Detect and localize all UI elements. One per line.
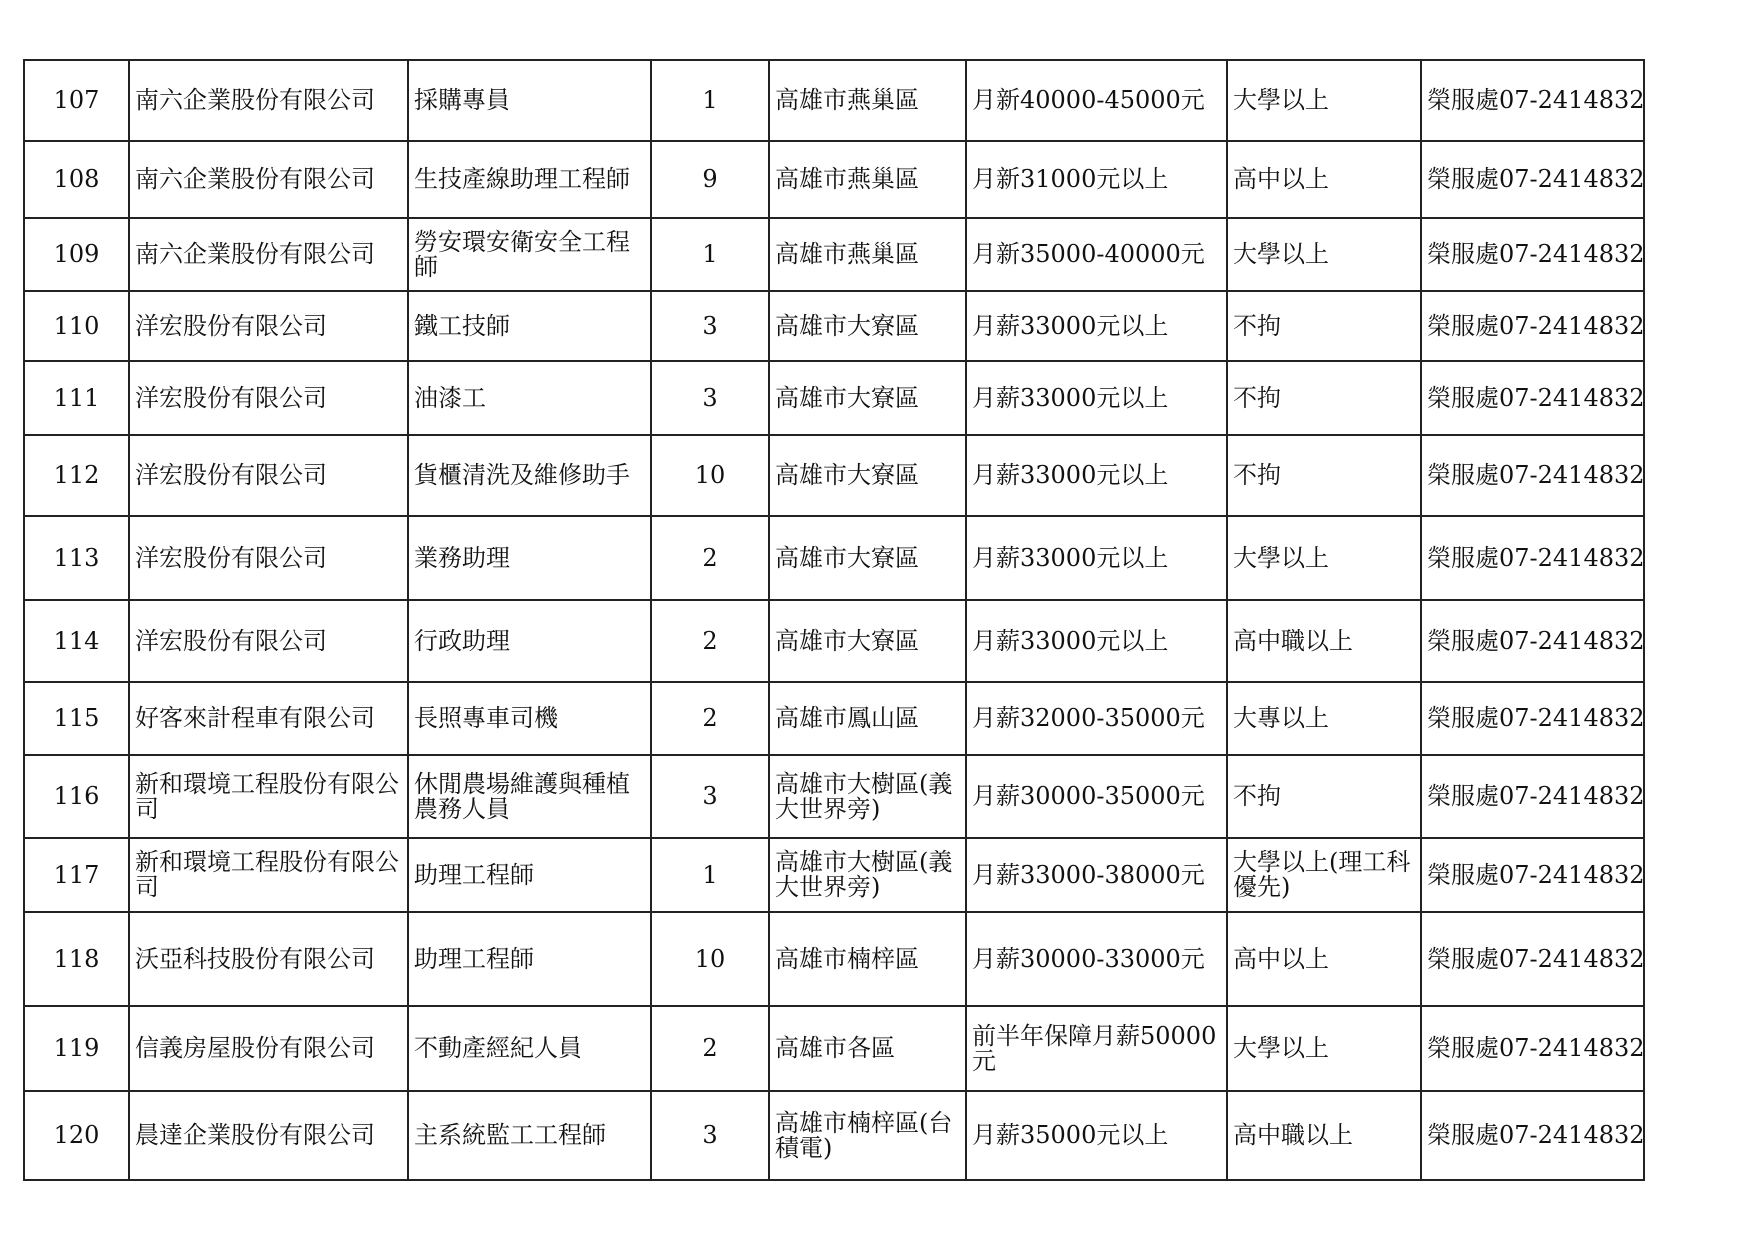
row-number: 120	[24, 1091, 129, 1180]
salary: 月薪33000-38000元	[966, 838, 1227, 912]
education-requirement: 不拘	[1227, 361, 1421, 435]
job-title: 貨櫃清洗及維修助手	[408, 435, 651, 516]
job-title: 採購專員	[408, 60, 651, 141]
table-row: 110洋宏股份有限公司鐵工技師3高雄市大寮區月薪33000元以上不拘榮服處07-…	[24, 291, 1644, 361]
row-number: 116	[24, 755, 129, 838]
contact-info: 榮服處07-2414832	[1421, 755, 1644, 838]
contact-info: 榮服處07-2414832	[1421, 600, 1644, 682]
row-number: 108	[24, 141, 129, 218]
row-number: 111	[24, 361, 129, 435]
company-name: 沃亞科技股份有限公司	[129, 912, 408, 1006]
work-location: 高雄市鳳山區	[769, 682, 966, 755]
work-location: 高雄市大寮區	[769, 291, 966, 361]
row-number: 114	[24, 600, 129, 682]
openings-count: 3	[651, 755, 769, 838]
salary: 月薪33000元以上	[966, 435, 1227, 516]
contact-info: 榮服處07-2414832	[1421, 1006, 1644, 1091]
education-requirement: 大學以上	[1227, 1006, 1421, 1091]
work-location: 高雄市楠梓區	[769, 912, 966, 1006]
openings-count: 1	[651, 60, 769, 141]
table-row: 119信義房屋股份有限公司不動產經紀人員2高雄市各區前半年保障月薪50000元大…	[24, 1006, 1644, 1091]
company-name: 南六企業股份有限公司	[129, 60, 408, 141]
work-location: 高雄市大樹區(義大世界旁)	[769, 838, 966, 912]
row-number: 119	[24, 1006, 129, 1091]
contact-info: 榮服處07-2414832	[1421, 1091, 1644, 1180]
row-number: 107	[24, 60, 129, 141]
contact-info: 榮服處07-2414832	[1421, 912, 1644, 1006]
company-name: 洋宏股份有限公司	[129, 361, 408, 435]
salary: 月薪33000元以上	[966, 291, 1227, 361]
job-listings-table: 107南六企業股份有限公司採購專員1高雄市燕巢區月新40000-45000元大學…	[23, 59, 1645, 1181]
education-requirement: 高中以上	[1227, 141, 1421, 218]
job-title: 生技產線助理工程師	[408, 141, 651, 218]
education-requirement: 大學以上	[1227, 60, 1421, 141]
education-requirement: 大學以上(理工科優先)	[1227, 838, 1421, 912]
education-requirement: 不拘	[1227, 435, 1421, 516]
job-title: 助理工程師	[408, 912, 651, 1006]
company-name: 好客來計程車有限公司	[129, 682, 408, 755]
table-row: 120晨達企業股份有限公司主系統監工工程師3高雄市楠梓區(台積電)月薪35000…	[24, 1091, 1644, 1180]
job-title: 鐵工技師	[408, 291, 651, 361]
salary: 前半年保障月薪50000元	[966, 1006, 1227, 1091]
education-requirement: 不拘	[1227, 291, 1421, 361]
contact-info: 榮服處07-2414832	[1421, 435, 1644, 516]
openings-count: 1	[651, 838, 769, 912]
work-location: 高雄市大寮區	[769, 361, 966, 435]
openings-count: 10	[651, 912, 769, 1006]
education-requirement: 大專以上	[1227, 682, 1421, 755]
salary: 月薪33000元以上	[966, 600, 1227, 682]
work-location: 高雄市大樹區(義大世界旁)	[769, 755, 966, 838]
table-row: 117新和環境工程股份有限公司助理工程師1高雄市大樹區(義大世界旁)月薪3300…	[24, 838, 1644, 912]
contact-info: 榮服處07-2414832	[1421, 141, 1644, 218]
row-number: 117	[24, 838, 129, 912]
company-name: 新和環境工程股份有限公司	[129, 838, 408, 912]
job-title: 業務助理	[408, 516, 651, 600]
openings-count: 2	[651, 516, 769, 600]
company-name: 信義房屋股份有限公司	[129, 1006, 408, 1091]
contact-info: 榮服處07-2414832	[1421, 361, 1644, 435]
work-location: 高雄市燕巢區	[769, 218, 966, 291]
table-row: 115好客來計程車有限公司長照專車司機2高雄市鳳山區月薪32000-35000元…	[24, 682, 1644, 755]
openings-count: 2	[651, 682, 769, 755]
row-number: 109	[24, 218, 129, 291]
company-name: 洋宏股份有限公司	[129, 516, 408, 600]
salary: 月薪30000-35000元	[966, 755, 1227, 838]
contact-info: 榮服處07-2414832	[1421, 516, 1644, 600]
job-title: 行政助理	[408, 600, 651, 682]
work-location: 高雄市燕巢區	[769, 60, 966, 141]
work-location: 高雄市楠梓區(台積電)	[769, 1091, 966, 1180]
table-row: 114洋宏股份有限公司行政助理2高雄市大寮區月薪33000元以上高中職以上榮服處…	[24, 600, 1644, 682]
row-number: 110	[24, 291, 129, 361]
row-number: 112	[24, 435, 129, 516]
openings-count: 2	[651, 600, 769, 682]
company-name: 南六企業股份有限公司	[129, 218, 408, 291]
salary: 月薪33000元以上	[966, 516, 1227, 600]
row-number: 118	[24, 912, 129, 1006]
work-location: 高雄市大寮區	[769, 600, 966, 682]
openings-count: 9	[651, 141, 769, 218]
row-number: 115	[24, 682, 129, 755]
company-name: 洋宏股份有限公司	[129, 291, 408, 361]
table-row: 108南六企業股份有限公司生技產線助理工程師9高雄市燕巢區月新31000元以上高…	[24, 141, 1644, 218]
contact-info: 榮服處07-2414832	[1421, 291, 1644, 361]
openings-count: 2	[651, 1006, 769, 1091]
openings-count: 1	[651, 218, 769, 291]
contact-info: 榮服處07-2414832	[1421, 682, 1644, 755]
contact-info: 榮服處07-2414832	[1421, 60, 1644, 141]
salary: 月薪30000-33000元	[966, 912, 1227, 1006]
company-name: 洋宏股份有限公司	[129, 435, 408, 516]
salary: 月薪33000元以上	[966, 361, 1227, 435]
job-title: 助理工程師	[408, 838, 651, 912]
table-row: 107南六企業股份有限公司採購專員1高雄市燕巢區月新40000-45000元大學…	[24, 60, 1644, 141]
table-row: 112洋宏股份有限公司貨櫃清洗及維修助手10高雄市大寮區月薪33000元以上不拘…	[24, 435, 1644, 516]
work-location: 高雄市大寮區	[769, 516, 966, 600]
salary: 月新35000-40000元	[966, 218, 1227, 291]
contact-info: 榮服處07-2414832	[1421, 218, 1644, 291]
work-location: 高雄市大寮區	[769, 435, 966, 516]
education-requirement: 高中以上	[1227, 912, 1421, 1006]
openings-count: 3	[651, 291, 769, 361]
openings-count: 3	[651, 1091, 769, 1180]
job-title: 油漆工	[408, 361, 651, 435]
company-name: 南六企業股份有限公司	[129, 141, 408, 218]
job-title: 主系統監工工程師	[408, 1091, 651, 1180]
company-name: 晨達企業股份有限公司	[129, 1091, 408, 1180]
row-number: 113	[24, 516, 129, 600]
contact-info: 榮服處07-2414832	[1421, 838, 1644, 912]
table-row: 116新和環境工程股份有限公司休閒農場維護與種植農務人員3高雄市大樹區(義大世界…	[24, 755, 1644, 838]
job-title: 休閒農場維護與種植農務人員	[408, 755, 651, 838]
job-title: 長照專車司機	[408, 682, 651, 755]
salary: 月新40000-45000元	[966, 60, 1227, 141]
education-requirement: 大學以上	[1227, 516, 1421, 600]
table-row: 111洋宏股份有限公司油漆工3高雄市大寮區月薪33000元以上不拘榮服處07-2…	[24, 361, 1644, 435]
salary: 月新31000元以上	[966, 141, 1227, 218]
education-requirement: 高中職以上	[1227, 1091, 1421, 1180]
table-row: 109南六企業股份有限公司勞安環安衛安全工程師1高雄市燕巢區月新35000-40…	[24, 218, 1644, 291]
salary: 月薪32000-35000元	[966, 682, 1227, 755]
education-requirement: 大學以上	[1227, 218, 1421, 291]
job-title: 勞安環安衛安全工程師	[408, 218, 651, 291]
company-name: 新和環境工程股份有限公司	[129, 755, 408, 838]
table-row: 118沃亞科技股份有限公司助理工程師10高雄市楠梓區月薪30000-33000元…	[24, 912, 1644, 1006]
education-requirement: 不拘	[1227, 755, 1421, 838]
job-title: 不動產經紀人員	[408, 1006, 651, 1091]
work-location: 高雄市各區	[769, 1006, 966, 1091]
openings-count: 3	[651, 361, 769, 435]
salary: 月薪35000元以上	[966, 1091, 1227, 1180]
work-location: 高雄市燕巢區	[769, 141, 966, 218]
table-row: 113洋宏股份有限公司業務助理2高雄市大寮區月薪33000元以上大學以上榮服處0…	[24, 516, 1644, 600]
openings-count: 10	[651, 435, 769, 516]
education-requirement: 高中職以上	[1227, 600, 1421, 682]
company-name: 洋宏股份有限公司	[129, 600, 408, 682]
